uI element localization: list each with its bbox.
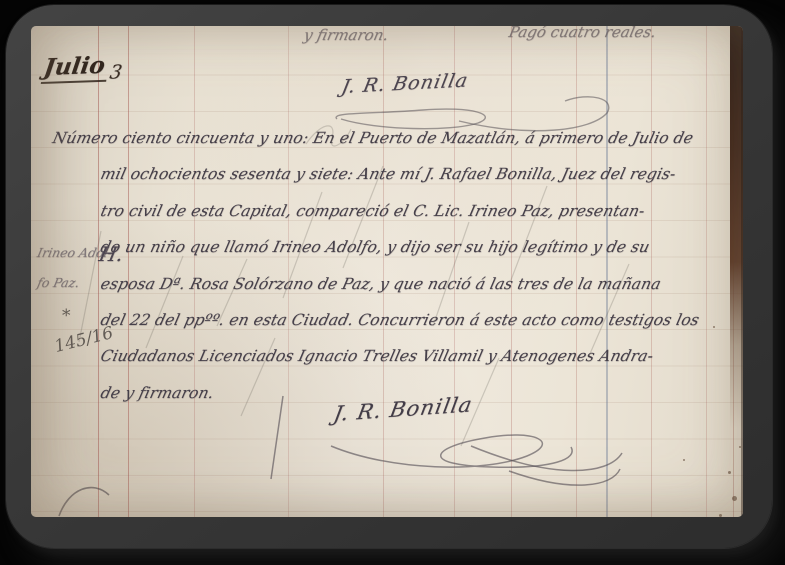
record-line: Número ciento cincuenta y uno: En el Pue… <box>95 129 701 165</box>
margin-month: Julio <box>41 52 111 84</box>
margin-flourish-mark: H. <box>97 242 126 266</box>
previous-entry-fragment: y firmaron. <box>302 26 390 44</box>
fee-note: Pagó cuatro reales. <box>507 26 658 41</box>
scanned-document-slide: y firmaron. Pagó cuatro reales. Julio3 J… <box>0 0 785 565</box>
margin-day: 3 <box>108 61 123 83</box>
record-line: esposa Dª. Rosa Solórzano de Paz, y que … <box>95 275 701 311</box>
page-bottom-ink-stroke <box>59 488 109 516</box>
margin-date: Julio3 <box>41 51 123 81</box>
pencil-star-mark: * <box>62 306 71 326</box>
record-text: Número ciento cincuenta y uno: En el Pue… <box>103 129 701 420</box>
ledger-page-photo: y firmaron. Pagó cuatro reales. Julio3 J… <box>31 26 743 517</box>
record-line: do un niño que llamó Irineo Adolfo, y di… <box>95 238 701 274</box>
margin-registered-name-line2: fo Paz. <box>36 275 81 290</box>
registrar-signature-top: J. R. Bonilla <box>340 69 471 98</box>
record-line: tro civil de esta Capital, compareció el… <box>95 202 701 238</box>
record-line: mil ochocientos sesenta y siete: Ante mí… <box>95 165 701 201</box>
photo-frame: y firmaron. Pagó cuatro reales. Julio3 J… <box>6 5 772 548</box>
signature-flourish-top <box>336 97 609 131</box>
book-edge <box>730 26 743 517</box>
record-line: Ciudadanos Licenciados Ignacio Trelles V… <box>95 347 701 383</box>
record-line: del 22 del ppºº. en esta Ciudad. Concurr… <box>95 311 701 347</box>
ruled-line <box>706 26 707 517</box>
